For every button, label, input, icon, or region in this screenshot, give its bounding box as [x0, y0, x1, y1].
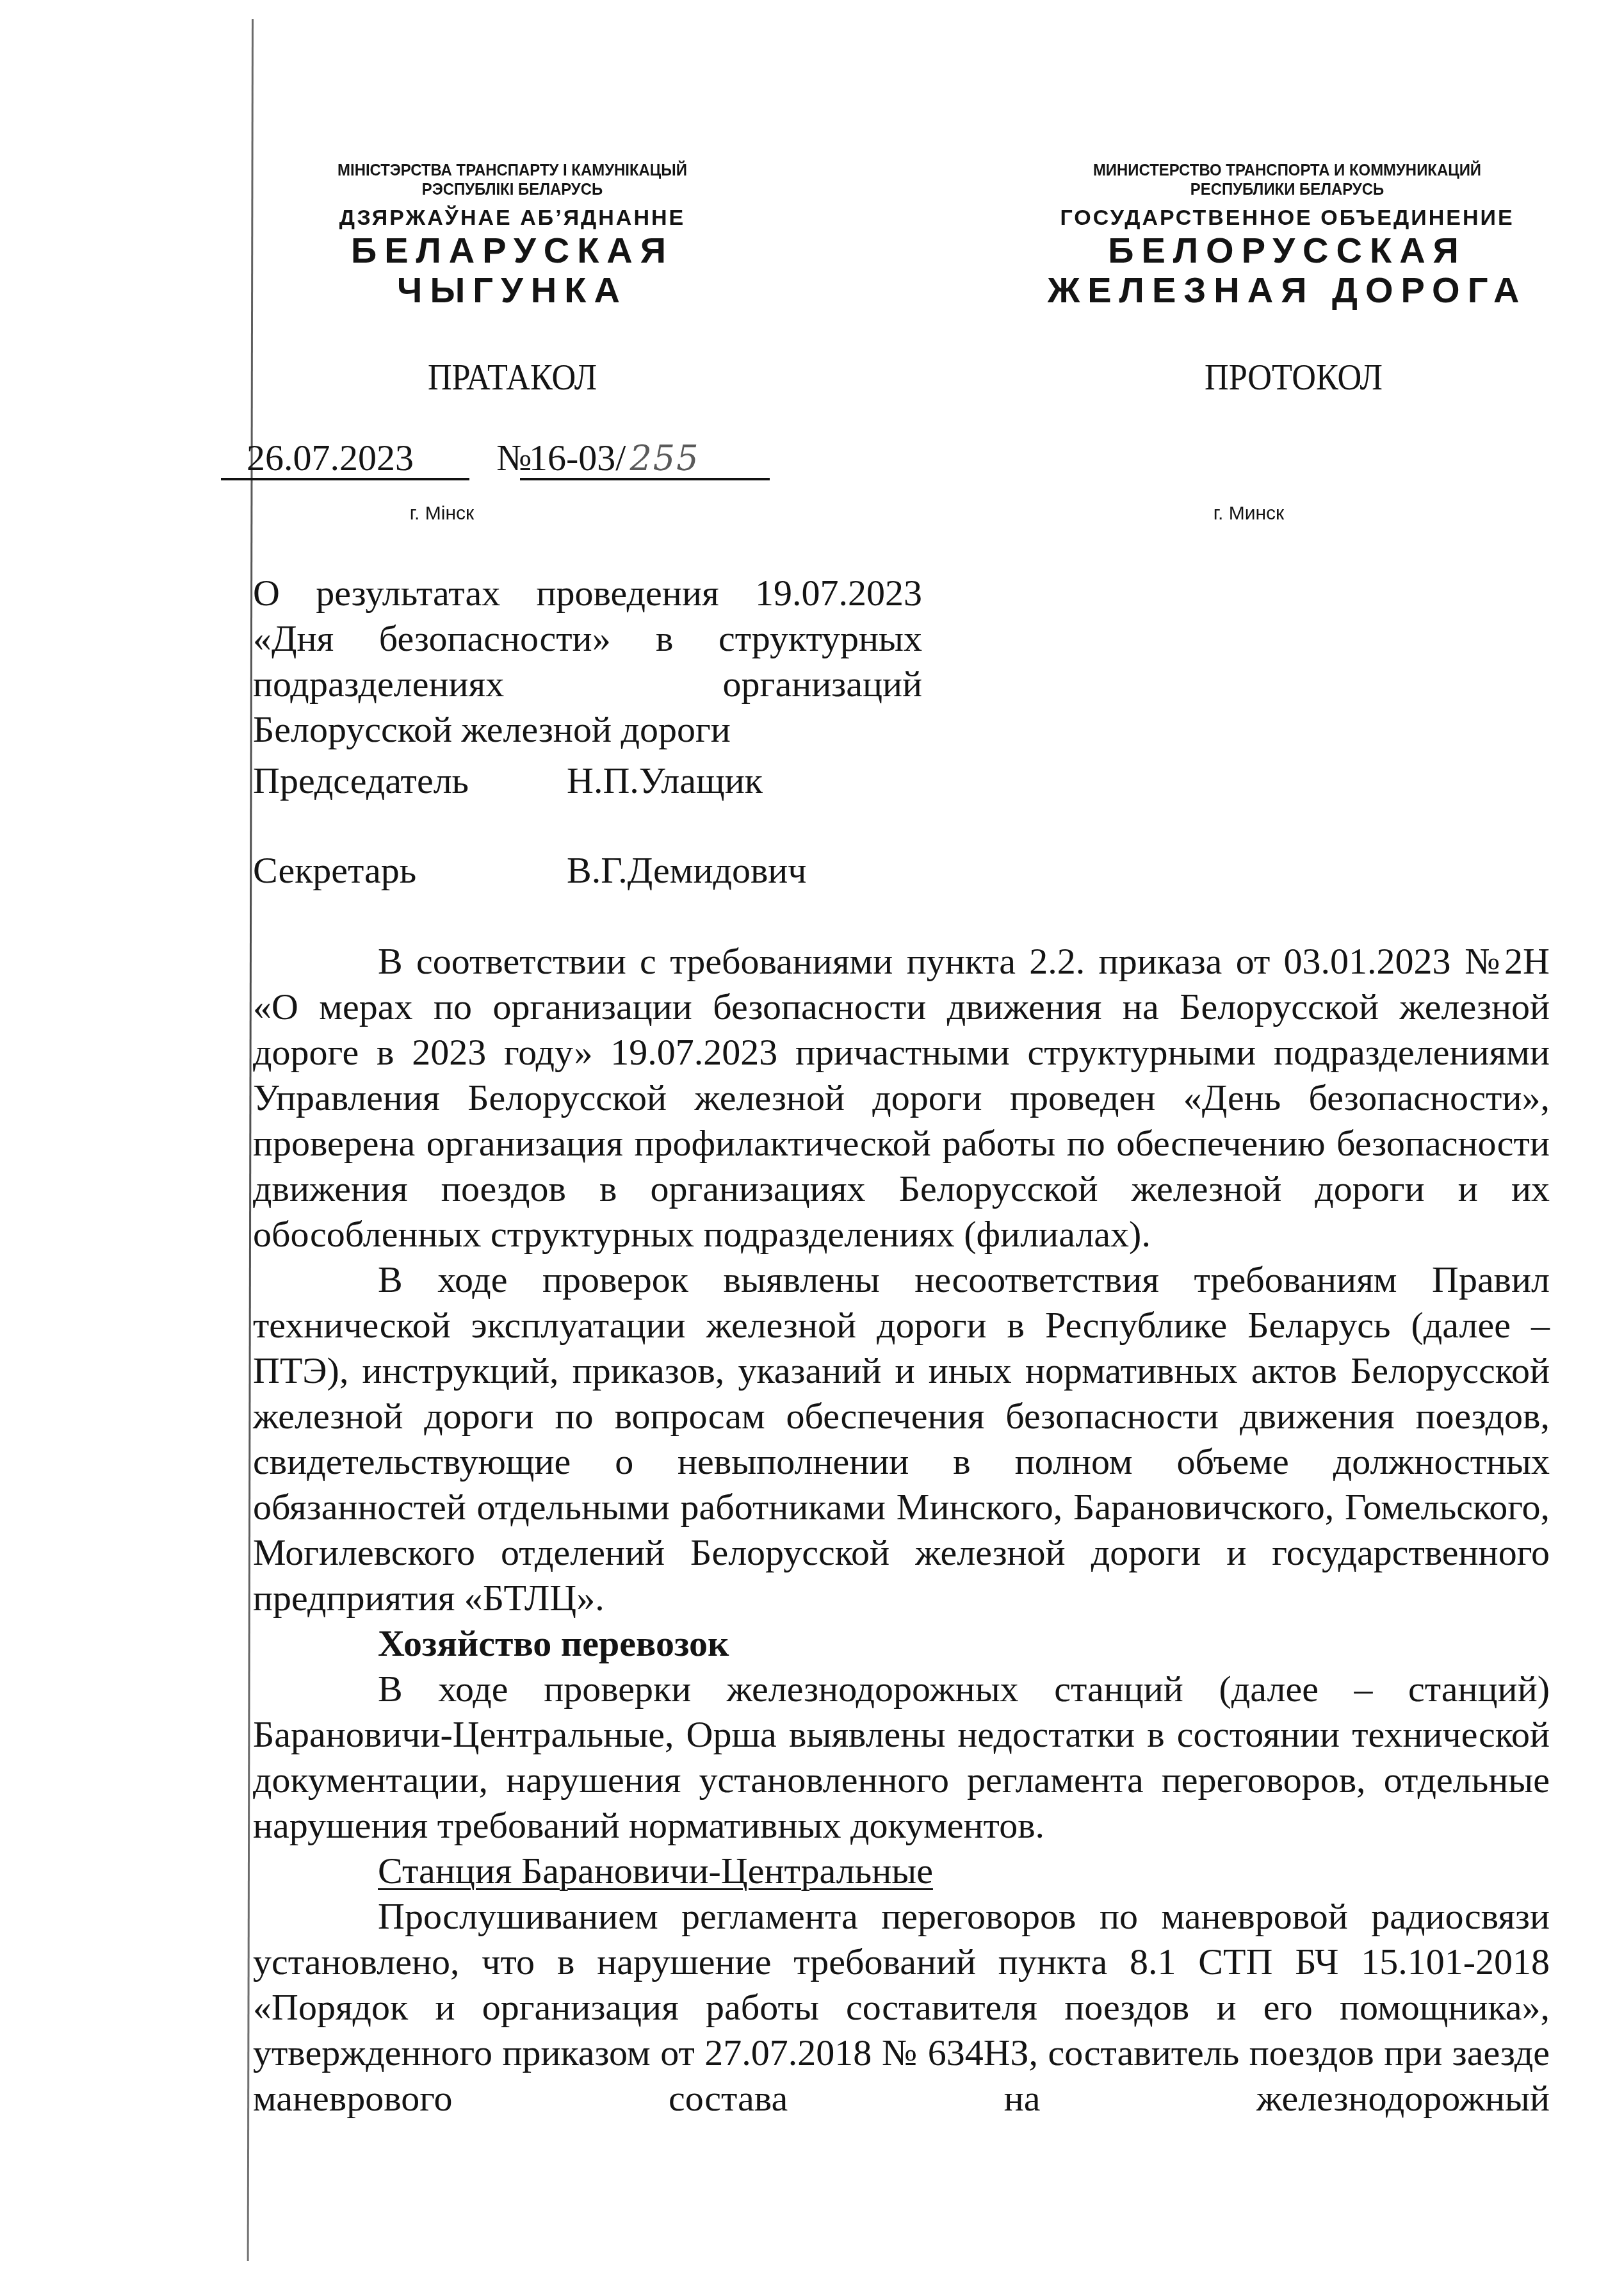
chair-name: Н.П.Улащик: [567, 760, 763, 801]
document-subject: О результатах проведения 19.07.2023 «Дня…: [253, 570, 922, 752]
body-paragraph: Прослушиванием регламента переговоров по…: [253, 1893, 1550, 2121]
station-title: Станция Барановичи-Центральные: [378, 1850, 933, 1891]
number-prefix: 16-03/: [529, 437, 626, 478]
ministry-line-2: РЕСПУБЛИКИ БЕЛАРУСЬ: [1052, 179, 1523, 199]
header-russian: МИНИСТЕРСТВО ТРАНСПОРТА И КОММУНИКАЦИЙ Р…: [1031, 160, 1543, 310]
org-name-line-1: БЕЛОРУССКАЯ: [1031, 231, 1543, 270]
ministry-line-1: МІНІСТЭРСТВА ТРАНСПАРТУ І КАМУНІКАЦЫЙ: [300, 160, 724, 179]
body-paragraph: В соответствии с требованиями пункта 2.2…: [253, 938, 1550, 1257]
secretary-name: В.Г.Демидович: [567, 849, 807, 891]
subsection-heading: Станция Барановичи-Центральные: [253, 1848, 1550, 1893]
chair-label: Председатель: [253, 759, 567, 802]
body-paragraph: В ходе проверок выявлены несоответствия …: [253, 1257, 1550, 1621]
city-belarusian: г. Мінск: [346, 503, 538, 525]
org-name-line-2: ЖЕЛЕЗНАЯ ДОРОГА: [1031, 270, 1543, 310]
city-russian: г. Минск: [1153, 503, 1345, 525]
handwritten-number: 255: [629, 438, 699, 478]
section-heading: Хозяйство перевозок: [253, 1621, 1550, 1666]
chairperson-row: ПредседательН.П.Улащик: [253, 759, 763, 802]
body-paragraph: В ходе проверки железнодорожных станций …: [253, 1666, 1550, 1848]
doc-kind-belarusian: ПРАТАКОЛ: [374, 355, 651, 398]
org-type: ГОСУДАРСТВЕННОЕ ОБЪЕДИНЕНИЕ: [1031, 205, 1543, 231]
secretary-row: СекретарьВ.Г.Демидович: [253, 849, 807, 892]
ministry-line-2: РЭСПУБЛІКІ БЕЛАРУСЬ: [300, 179, 724, 199]
subject-line: О результатах проведения 19.07.2023: [253, 570, 922, 616]
subject-line: подразделениях организаций: [253, 661, 922, 706]
header-belarusian: МІНІСТЭРСТВА ТРАНСПАРТУ І КАМУНІКАЦЫЙ РЭ…: [282, 160, 743, 310]
subject-line: Белорусской железной дороги: [253, 706, 922, 752]
org-type: ДЗЯРЖАЎНАЕ АБ’ЯДНАННЕ: [282, 205, 743, 231]
registration-date: 26.07.2023: [221, 436, 469, 480]
secretary-label: Секретарь: [253, 849, 567, 892]
ministry-line-1: МИНИСТЕРСТВО ТРАНСПОРТА И КОММУНИКАЦИЙ: [1052, 160, 1523, 179]
document-body: В соответствии с требованиями пункта 2.2…: [253, 938, 1550, 2121]
registration-number: 16-03/255: [520, 436, 770, 480]
doc-kind-russian: ПРОТОКОЛ: [1144, 355, 1443, 398]
org-name-line-2: ЧЫГУНКА: [282, 270, 743, 310]
org-name-line-1: БЕЛАРУСКАЯ: [282, 231, 743, 270]
subject-line: «Дня безопасности» в структурных: [253, 616, 922, 661]
